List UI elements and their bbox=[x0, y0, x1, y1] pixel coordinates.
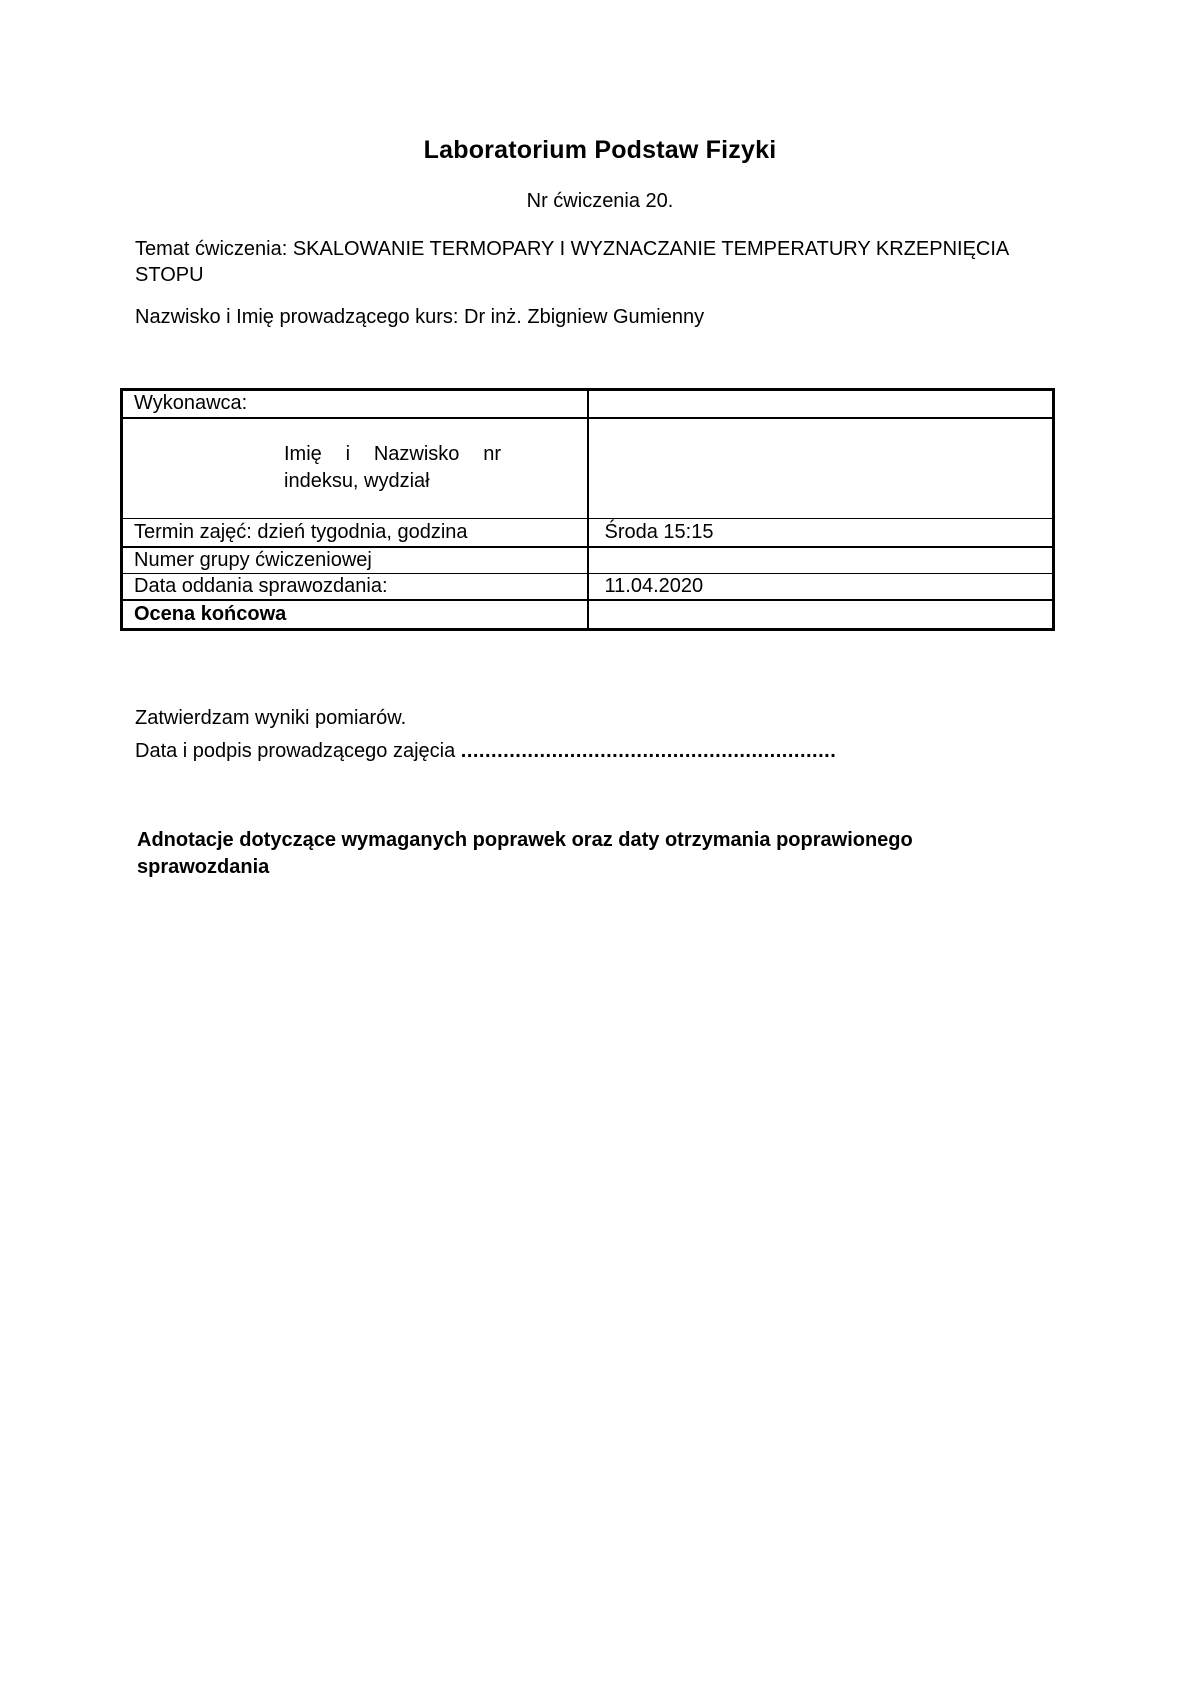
table-row-data-oddania: Data oddania sprawozdania: 11.04.2020 bbox=[122, 574, 1054, 600]
table-row-termin: Termin zajęć: dzień tygodnia, godzina Śr… bbox=[122, 519, 1054, 547]
topic-line-2: STOPU bbox=[135, 264, 204, 287]
row-value: Środa 15:15 bbox=[605, 521, 714, 543]
approval-line: Zatwierdzam wyniki pomiarów. bbox=[135, 707, 406, 730]
signature-line: Data i podpis prowadzącego zajęcia .....… bbox=[135, 740, 836, 763]
exercise-number: Nr ćwiczenia 20. bbox=[0, 190, 1200, 213]
page-title: Laboratorium Podstaw Fizyki bbox=[0, 136, 1200, 165]
row-label: Numer grupy ćwiczeniowej bbox=[134, 549, 372, 571]
signature-dot-leaders: ........................................… bbox=[461, 740, 837, 762]
row-label: Ocena końcowa bbox=[134, 603, 286, 625]
row-label: Termin zajęć: dzień tygodnia, godzina bbox=[134, 521, 468, 543]
signature-label: Data i podpis prowadzącego zajęcia bbox=[135, 740, 461, 762]
table-row-grupa: Numer grupy ćwiczeniowej bbox=[122, 547, 1054, 574]
table-row-name-index: Imię i Nazwisko nr indeksu, wydział bbox=[122, 418, 1054, 519]
row-label: Data oddania sprawozdania: bbox=[134, 575, 388, 597]
topic-line-1: Temat ćwiczenia: SKALOWANIE TERMOPARY I … bbox=[135, 238, 1009, 261]
row-value: 11.04.2020 bbox=[605, 575, 704, 597]
document-page: Laboratorium Podstaw Fizyki Nr ćwiczenia… bbox=[0, 0, 1200, 1698]
row-label: Imię i Nazwisko nr indeksu, wydział bbox=[284, 441, 501, 495]
notes-heading-line-1: Adnotacje dotyczące wymaganych poprawek … bbox=[137, 829, 913, 852]
table-row-wykonawca: Wykonawca: bbox=[122, 390, 1054, 418]
notes-heading-line-2: sprawozdania bbox=[137, 856, 269, 879]
instructor-line: Nazwisko i Imię prowadzącego kurs: Dr in… bbox=[135, 306, 704, 329]
info-table: Wykonawca: Imię i Nazwisko nr indeksu, w… bbox=[120, 388, 1055, 631]
table-row-ocena: Ocena końcowa bbox=[122, 600, 1054, 630]
row-label: Wykonawca: bbox=[134, 392, 247, 414]
